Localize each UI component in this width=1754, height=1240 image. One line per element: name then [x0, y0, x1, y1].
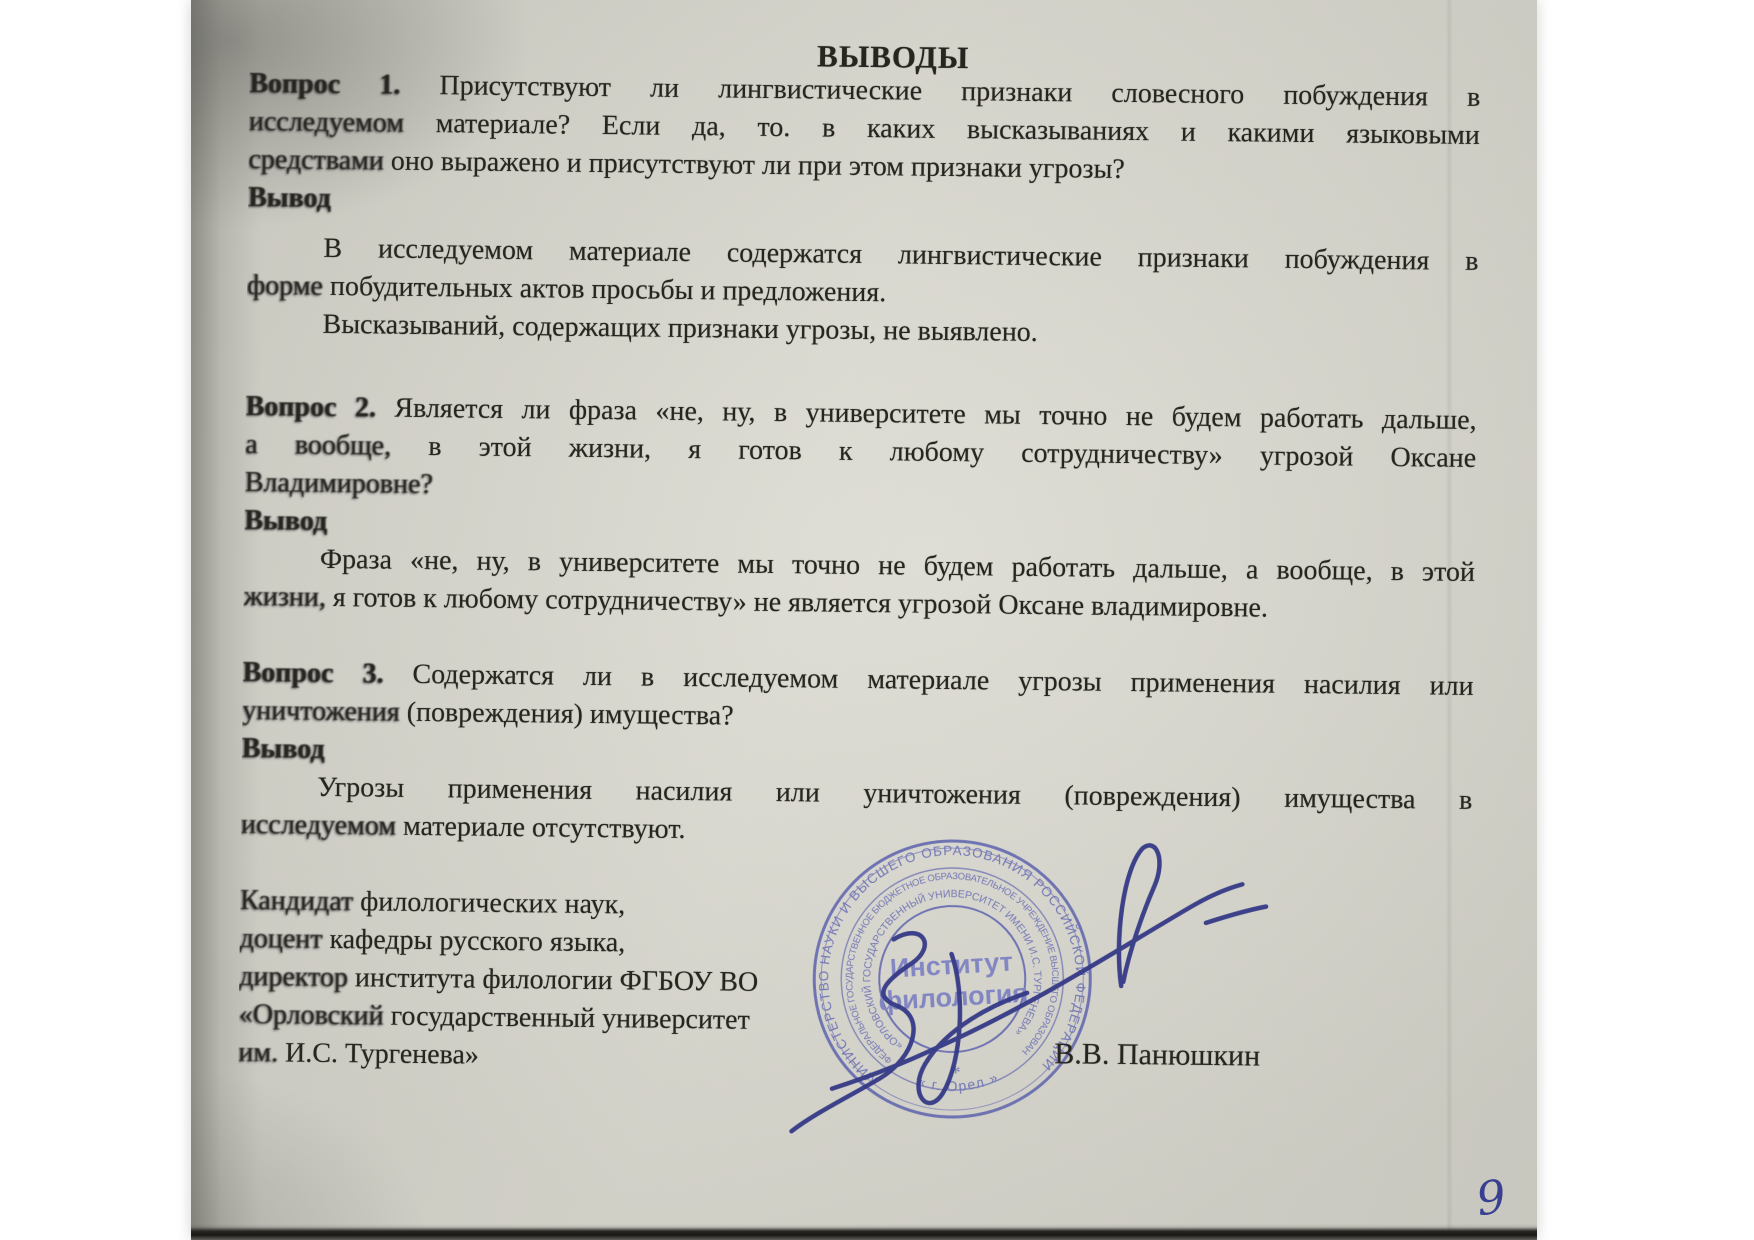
line-text: И.С. Тургенева»: [285, 1037, 479, 1070]
line-lead: исследуемом: [249, 106, 404, 139]
line-lead: им.: [238, 1037, 278, 1068]
line-lead: Вывод: [244, 505, 327, 537]
line-lead: Вывод: [242, 733, 325, 765]
line-lead: форме: [247, 270, 323, 302]
handwritten-signature: [763, 832, 1307, 1150]
line-text: государственный университет: [391, 1001, 750, 1036]
signature-stroke-z-loop: [792, 932, 925, 1133]
signature-stroke-dash: [1206, 906, 1266, 924]
line-lead: Вопрос 3.: [243, 657, 384, 690]
line-text: в этой жизни, я готов к любому сотруднич…: [428, 431, 1476, 474]
scan-background: ВЫВОДЫ Вопрос 1. Присутствуют ли лингвис…: [0, 0, 1754, 1240]
line-lead: доцент: [239, 923, 322, 955]
signer-name: В.В. Панюшкин: [1054, 1037, 1260, 1073]
line-text: филологических наук,: [360, 886, 625, 920]
line-text: я готов к любому сотрудничеству» не явля…: [333, 582, 1268, 624]
line-lead: а вообще,: [245, 429, 391, 462]
line-lead: Вывод: [248, 182, 331, 214]
signature-stroke-flourish: [1119, 845, 1160, 986]
line-text: Высказываний, содержащих признаки угрозы…: [322, 309, 1038, 348]
line-lead: Вопрос 2.: [246, 391, 377, 423]
line-lead: «Орловский: [239, 999, 384, 1032]
line-text: материале отсутствуют.: [403, 811, 686, 845]
line-lead: уничтожения: [242, 695, 400, 728]
line-lead: исследуемом: [241, 809, 396, 842]
line-text: оно выражено и присутствуют ли при этом …: [391, 146, 1125, 185]
page-content: ВЫВОДЫ Вопрос 1. Присутствуют ли лингвис…: [183, 0, 1543, 1240]
line-lead: жизни,: [243, 581, 326, 613]
page-number-digit: 9: [1473, 1169, 1509, 1226]
line-lead: директор: [239, 961, 348, 993]
line-text: кафедры русского языка,: [329, 924, 625, 958]
line-text: побудительных актов просьбы и предложени…: [330, 271, 887, 308]
line-lead: Владимировне?: [245, 467, 433, 500]
line-text: (повреждения) имущества?: [407, 697, 734, 732]
line-text: института филологии ФГБОУ ВО: [355, 962, 759, 998]
line-lead: средствами: [248, 144, 384, 177]
line-lead: Кандидат: [240, 885, 353, 917]
document-page: ВЫВОДЫ Вопрос 1. Присутствуют ли лингвис…: [191, 0, 1537, 1240]
page-number: 9: [1466, 1167, 1523, 1234]
line-lead: Вопрос 1.: [249, 68, 400, 101]
